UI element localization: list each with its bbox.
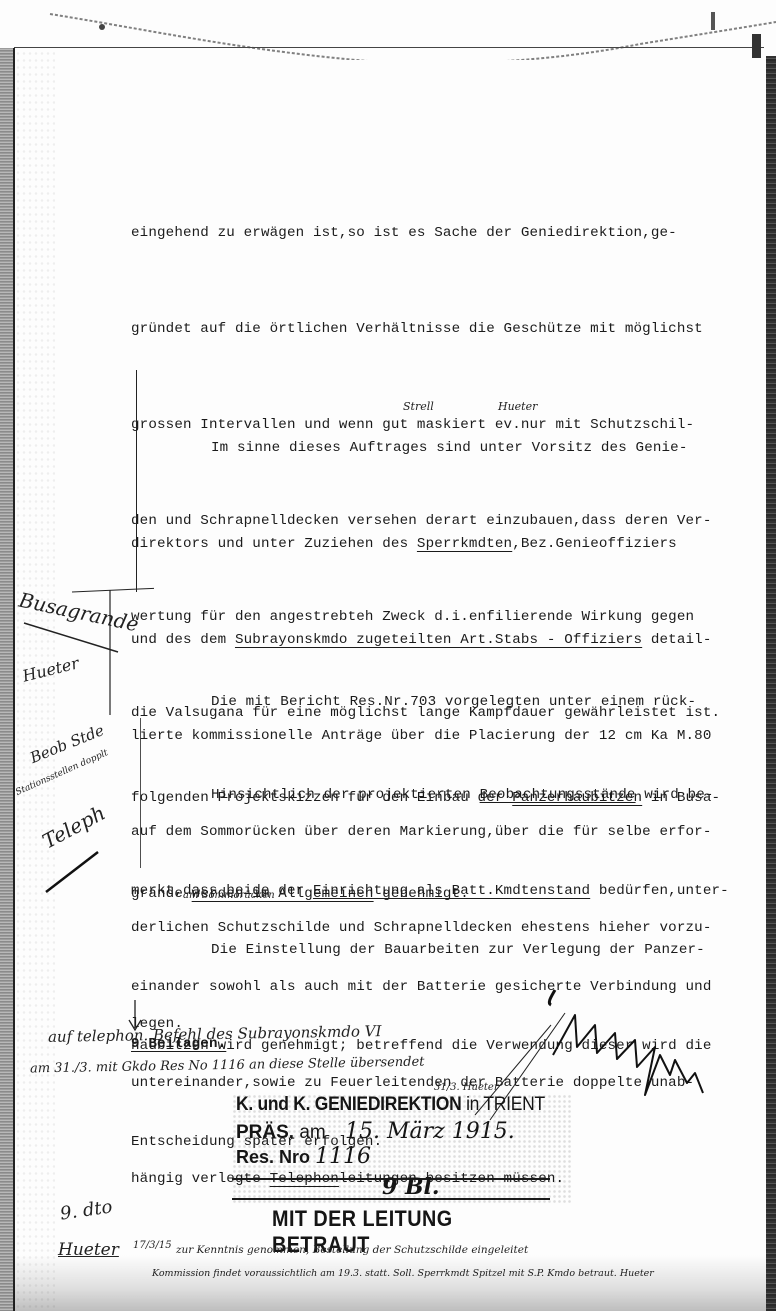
stamp-number-line: Res. Nro 1116 <box>236 1144 371 1169</box>
scan-bottom-shadow <box>14 1255 766 1311</box>
page-top-edge <box>14 47 764 48</box>
handwritten-date: 17/3/15 <box>133 1240 172 1251</box>
text-span: Die Einstellung der Bauarbeiten zur Verl… <box>211 942 705 958</box>
stamp-date-value: 15. März 1915. <box>345 1119 515 1144</box>
underlined-text: Beobachtungsstände <box>480 787 636 803</box>
text-line: direktors und unter Zuziehen des Sperrkm… <box>131 528 711 560</box>
text-line: Die mit Bericht Res.Nr.703 vorgelegten u… <box>131 686 720 718</box>
registry-stamp: K. und K. GENIEDIREKTION in TRIENT PRÄS.… <box>232 1094 572 1244</box>
text-span: Res. Nro <box>236 1147 310 1167</box>
underlined-text: Sperrkmdten <box>417 536 512 552</box>
right-binding-tab <box>752 34 761 58</box>
text-span: Hinsichtlich der projektierten <box>211 787 480 803</box>
right-binding-edge <box>766 56 776 1311</box>
text-span: GENIEDIREKTION <box>315 1094 462 1115</box>
text-span: direktors und unter Zuziehen des <box>131 536 417 552</box>
text-line: gründet auf die örtlichen Verhältnisse d… <box>131 313 720 345</box>
handwritten-initials: 9. dto <box>59 1196 114 1224</box>
text-line: eingehend zu erwägen ist,so ist es Sache… <box>131 217 720 249</box>
text-line: Die Einstellung der Bauarbeiten zur Verl… <box>131 934 711 966</box>
margin-annotation-strokes <box>40 840 110 900</box>
text-span: Im sinne dieses Auftrages sind unter Vor… <box>211 440 688 456</box>
text-line: Im sinne dieses Auftrages sind unter Vor… <box>131 432 711 464</box>
stamp-office-line: K. und K. GENIEDIREKTION in TRIENT <box>236 1094 545 1116</box>
stamp-enclosures-value: 9 Bl. <box>382 1174 440 1200</box>
left-binding-edge <box>0 48 14 1311</box>
text-span: am <box>294 1122 326 1143</box>
text-span: PRÄS. <box>236 1122 294 1143</box>
text-line: Hinsichtlich der projektierten Beobachtu… <box>131 779 729 811</box>
document-page: eingehend zu erwägen ist,so ist es Sache… <box>0 0 776 1311</box>
top-page-edge-smudge <box>0 0 776 60</box>
stamp-number-value: 1116 <box>315 1144 371 1169</box>
stamp-date-line: PRÄS. am 15. März 1915. <box>236 1119 515 1144</box>
text-span: Die mit Bericht Res.Nr.703 vorgelegten u… <box>211 694 696 710</box>
text-span: ,Bez.Genieoffiziers <box>512 536 677 552</box>
text-span: K. und K. <box>236 1094 315 1115</box>
page-number-mark <box>711 12 715 30</box>
text-span: in TRIENT <box>461 1094 544 1115</box>
text-span: wird be- <box>636 787 714 803</box>
